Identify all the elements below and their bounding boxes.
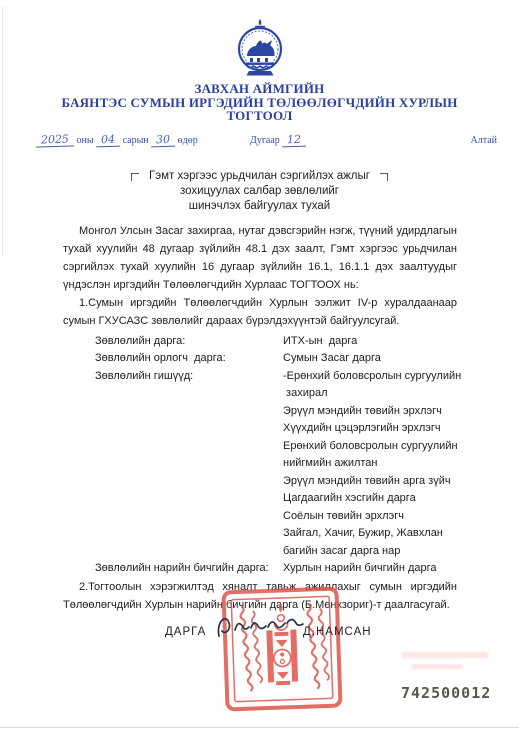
role-label: Зөвлөлийн дарга: xyxy=(95,333,283,351)
council-row: Зайгал, Хачиг, Бужир, Жавхлан xyxy=(0,525,519,543)
council-row: багийн засаг дарга нар xyxy=(0,543,519,561)
role-label xyxy=(95,385,283,403)
place-name: Алтай xyxy=(471,135,498,146)
role-value: Хурлын нарийн бичгийн дарга xyxy=(283,560,437,578)
council-row: Эрүүл мэндийн төвийн эрхлэгч xyxy=(0,403,519,421)
council-composition-list: Зөвлөлийн дарга:ИТХ-ын дарга Зөвлөлийн о… xyxy=(0,333,519,578)
stamp-residue xyxy=(412,664,462,669)
scan-edge-left xyxy=(2,6,3,256)
month-handwritten: 04 xyxy=(96,134,120,147)
corner-mark-left xyxy=(131,173,139,181)
title-line3: шинэчлэх байгуулах тухай xyxy=(0,199,519,214)
year-word: оны xyxy=(77,135,94,146)
doc-type: ТОГТООЛ xyxy=(0,109,519,123)
role-label xyxy=(95,490,283,508)
council-row: захирал xyxy=(0,385,519,403)
title-line1-wrap: Гэмт хэргээс урьдчилан сэргийлэх ажлыг xyxy=(0,169,519,184)
role-value: нийгмийн ажилтан xyxy=(283,455,378,473)
role-label xyxy=(95,403,283,421)
title-line1: Гэмт хэргээс урьдчилан сэргийлэх ажлыг xyxy=(149,170,370,182)
role-value: Цагдаагийн хэсгийн дарга xyxy=(283,490,416,508)
council-row: Цагдаагийн хэсгийн дарга xyxy=(0,490,519,508)
role-label xyxy=(95,420,283,438)
role-value: Эрүүл мэндийн төвийн эрхлэгч xyxy=(283,403,442,421)
document-header: ЗАВХАН АЙМГИЙН БАЯНТЭС СУМЫН ИРГЭДИЙН ТӨ… xyxy=(0,0,519,123)
org-name-line1: ЗАВХАН АЙМГИЙН xyxy=(0,82,519,96)
council-row: Хүүхдийн цэцэрлэгийн эрхлэгч xyxy=(0,420,519,438)
role-value: захирал xyxy=(283,385,328,403)
role-label xyxy=(95,543,283,561)
role-value: багийн засаг дарга нар xyxy=(283,543,400,561)
signer-role-label: ДАРГА xyxy=(165,626,206,638)
role-value: Хүүхдийн цэцэрлэгийн эрхлэгч xyxy=(283,420,441,438)
role-value: Ерөнхий боловсролын сургуулийн xyxy=(283,438,458,456)
serial-number: 742500012 xyxy=(401,684,491,702)
paragraph-clause-1: 1.Сумын иргэдийн Төлөөлөгчдийн Хурлын ээ… xyxy=(63,294,457,330)
role-value: Соёлын төвийн эрхлэгч xyxy=(283,508,404,526)
signer-name: Д.НАМСАН xyxy=(303,626,372,638)
org-name-line2: БАЯНТЭС СУМЫН ИРГЭДИЙН ТӨЛӨӨЛӨГЧДИЙН ХУР… xyxy=(0,96,519,110)
role-label: Зөвлөлийн орлогч дарга: xyxy=(95,350,283,368)
role-value: Сумын Засаг дарга xyxy=(283,350,381,368)
corner-mark-right xyxy=(380,173,388,181)
role-label: Зөвлөлийн гишүүд: xyxy=(95,368,283,386)
role-value: Зайгал, Хачиг, Бужир, Жавхлан xyxy=(283,525,443,543)
month-word: сарын xyxy=(123,135,149,146)
role-label xyxy=(95,455,283,473)
role-label xyxy=(95,438,283,456)
handwritten-signature xyxy=(213,610,309,644)
council-row: Зөвлөлийн орлогч дарга:Сумын Засаг дарга xyxy=(0,350,519,368)
doc-number-handwritten: 12 xyxy=(282,134,306,147)
council-row: нийгмийн ажилтан xyxy=(0,455,519,473)
doc-number-field: Дугаар 12 xyxy=(250,135,306,147)
role-label: Зөвлөлийн нарийн бичгийн дарга: xyxy=(95,560,283,578)
paragraph-preamble: Монгол Улсын Засаг захиргаа, нутаг дэвсг… xyxy=(63,222,457,294)
year-handwritten: 2025 xyxy=(36,134,74,147)
stamp-residue xyxy=(402,652,488,658)
role-value: Эрүүл мэндийн төвийн арга зүйч xyxy=(283,473,451,491)
resolution-title: Гэмт хэргээс урьдчилан сэргийлэх ажлыг з… xyxy=(0,169,519,214)
day-handwritten: 30 xyxy=(151,134,175,147)
role-label xyxy=(95,473,283,491)
role-label xyxy=(95,508,283,526)
title-line2: зохицуулах салбар зөвлөлийг xyxy=(0,184,519,199)
role-value: ИТХ-ын дарга xyxy=(283,333,357,351)
council-row: Соёлын төвийн эрхлэгч xyxy=(0,508,519,526)
council-row: Эрүүл мэндийн төвийн арга зүйч xyxy=(0,473,519,491)
role-value: -Ерөнхий боловсролын сургуулийн xyxy=(283,368,461,386)
date-line: 2025 оны 04 сарын 30 өдөр Дугаар 12 Алта… xyxy=(0,133,519,150)
council-row: Ерөнхий боловсролын сургуулийн xyxy=(0,438,519,456)
scan-edge-bottom xyxy=(0,727,519,728)
document-page: ЗАВХАН АЙМГИЙН БАЯНТЭС СУМЫН ИРГЭДИЙН ТӨ… xyxy=(0,0,519,735)
day-word: өдөр xyxy=(178,135,198,146)
date-fields: 2025 оны 04 сарын 30 өдөр xyxy=(36,135,198,147)
state-emblem-icon xyxy=(232,18,288,78)
council-row: Зөвлөлийн гишүүд:-Ерөнхий боловсролын су… xyxy=(0,368,519,386)
doc-number-label: Дугаар xyxy=(250,135,280,146)
council-row: Зөвлөлийн дарга:ИТХ-ын дарга xyxy=(0,333,519,351)
role-label xyxy=(95,525,283,543)
official-stamp-icon xyxy=(221,586,343,712)
council-row: Зөвлөлийн нарийн бичгийн дарга:Хурлын на… xyxy=(0,560,519,578)
